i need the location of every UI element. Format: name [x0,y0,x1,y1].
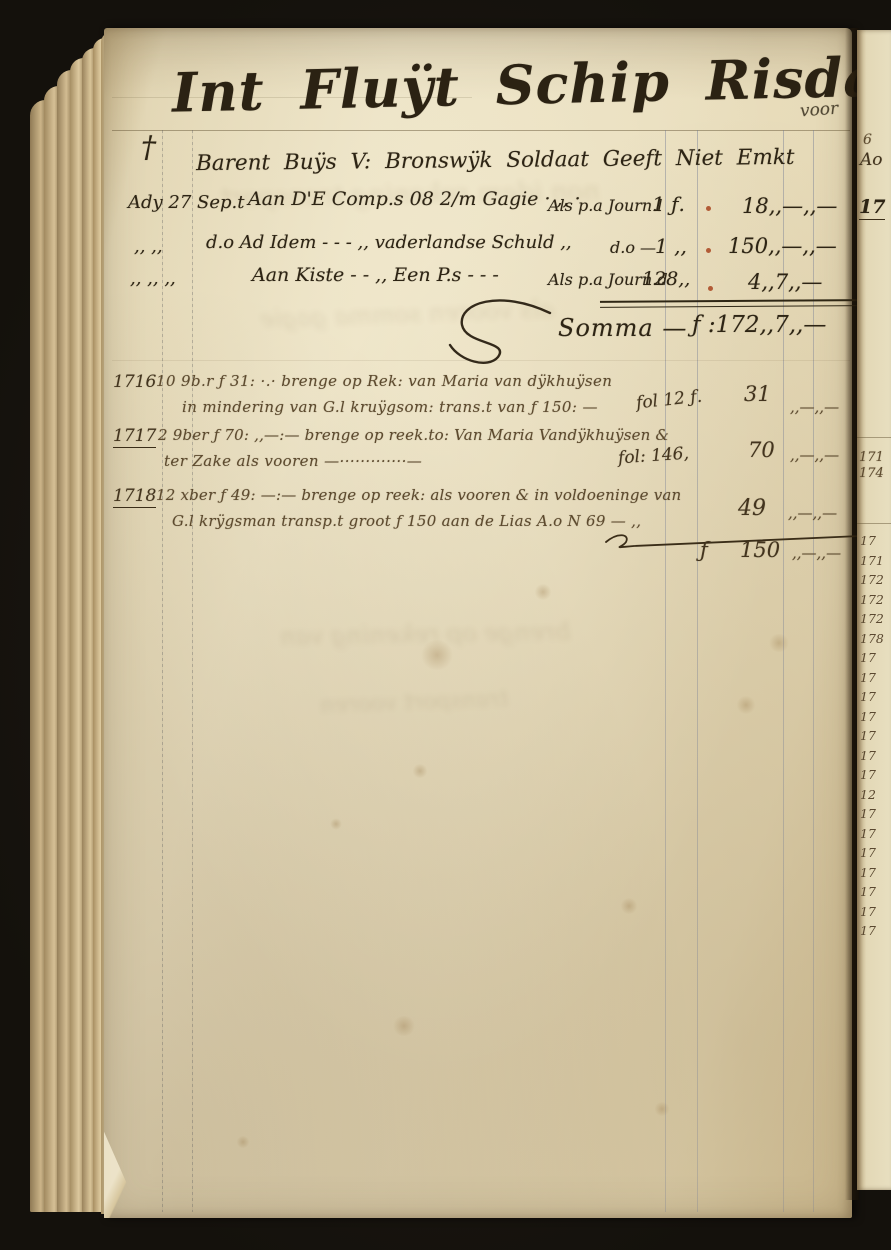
facing-rule [857,437,891,438]
paper-stain [736,696,756,714]
money-rule-2 [697,130,698,1212]
history-amount: 70 [748,438,775,462]
facing-year-fragment: 17 [860,904,876,919]
entry-date: ,, ,, [134,236,163,257]
facing-year-fragment: 17 [860,689,876,704]
history-trail: ,,—,,— [788,504,837,522]
total-currency: ƒ [700,538,708,562]
margin-rule-2 [192,130,193,1212]
facing-page-sliver: 6 Ao 17 171 174 171711721721721781717171… [857,30,891,1190]
facing-year-fragment: 17 [860,728,876,743]
history-amount: 49 [738,496,766,521]
cross-mark: † [141,130,156,165]
entry-date: Ady 27 Sep.t [128,192,245,213]
facing-fragment: Ao [860,150,883,170]
facing-year-fragment: 17 [860,650,876,665]
facing-year-fragment: 17 [860,826,876,841]
entry-amount: 4,,7,,— [748,270,822,294]
entry-amount: 18,,—,,— [742,194,837,218]
history-amount: 31 [744,382,771,406]
facing-year-column: 1717117217217217817171717171717121717171… [857,533,891,973]
history-line1: 2 9ber ƒ 70: ,,—:— brenge op reek.to: Va… [158,426,669,444]
facing-fragment: 17 [859,196,885,220]
somma-value: ƒ :172,,7,,— [692,312,826,338]
history-trail: ,,—,,— [790,398,839,416]
entry-amount: 150,,—,,— [728,234,837,258]
red-check-dot [708,286,713,291]
page-title-tail: voor [799,99,839,122]
facing-fragment: 171 [859,450,884,465]
paper-stain [620,898,638,914]
facing-year-fragment: 17 [860,845,876,860]
red-check-dot [706,206,711,211]
facing-year-fragment: 17 [860,533,876,548]
paper-stain [420,640,454,670]
history-line1: 10 9b.r ƒ 31: ·.· brenge op Rek: van Mar… [156,372,612,390]
margin-rule-1 [162,130,163,1212]
history-line2: in mindering van G.l kruÿgsom: trans.t v… [182,398,598,416]
entry-folio: 128,, [642,268,690,290]
paper-stain [330,818,342,830]
photograph-scene: non idem rekening transport als vooren s… [0,0,891,1250]
total-trail: ,,—,,— [792,544,841,562]
history-line2: G.l krÿgsman transp.t groot ƒ 150 aan de… [172,512,641,530]
facing-fragment: 174 [859,466,884,481]
facing-year-fragment: 178 [860,631,884,646]
facing-year-fragment: 17 [860,670,876,685]
facing-year-fragment: 17 [860,806,876,821]
red-check-dot [706,248,711,253]
paper-stain [654,1102,670,1116]
somma-flourish [440,295,560,365]
entry-desc: Aan D'E Comp.s 08 2/m Gagie · ,, · [248,188,581,210]
facing-year-fragment: 17 [860,884,876,899]
history-trail: ,,—,,— [790,446,839,464]
paper-stain [534,584,552,600]
money-rule-1 [665,130,666,1212]
entry-ref: d.o — [610,238,656,257]
entry-date: ,, ,, ,, [130,268,176,289]
history-line1: 12 xber ƒ 49: —:— brenge op reek: als vo… [156,486,681,504]
entry-folio: 1 ,, [655,234,687,258]
somma-label: Somma — [558,314,687,342]
facing-year-fragment: 17 [860,748,876,763]
facing-fragment: 6 [863,132,872,148]
paper-stain [768,634,790,652]
facing-rule [857,523,891,524]
history-line2: ter Zake als vooren —·············— [164,452,422,470]
facing-year-fragment: 12 [860,787,876,802]
facing-year-fragment: 172 [860,611,884,626]
paper-stain [392,1016,416,1036]
header-rule [112,130,850,131]
history-year: 1718 [113,486,156,508]
history-year: 1717 [113,426,156,448]
entry-desc: Aan Kiste - - ,, Een P.s - - - [252,264,499,286]
facing-year-fragment: 17 [860,767,876,782]
facing-year-fragment: 17 [860,923,876,938]
entry-folio: 1 ƒ. [652,192,685,216]
paper-stain [412,764,428,778]
facing-year-fragment: 17 [860,709,876,724]
total-amount: 150 [740,538,780,562]
facing-year-fragment: 17 [860,865,876,880]
entry-ref: Als p.a Journ.l [548,196,662,215]
history-year: 1716 [113,372,156,392]
facing-year-fragment: 172 [860,572,884,587]
facing-year-fragment: 172 [860,592,884,607]
entry-desc: d.o Ad Idem - - - ,, vaderlandse Schuld … [206,232,572,253]
facing-year-fragment: 171 [860,553,884,568]
paper-stain [236,1136,250,1148]
